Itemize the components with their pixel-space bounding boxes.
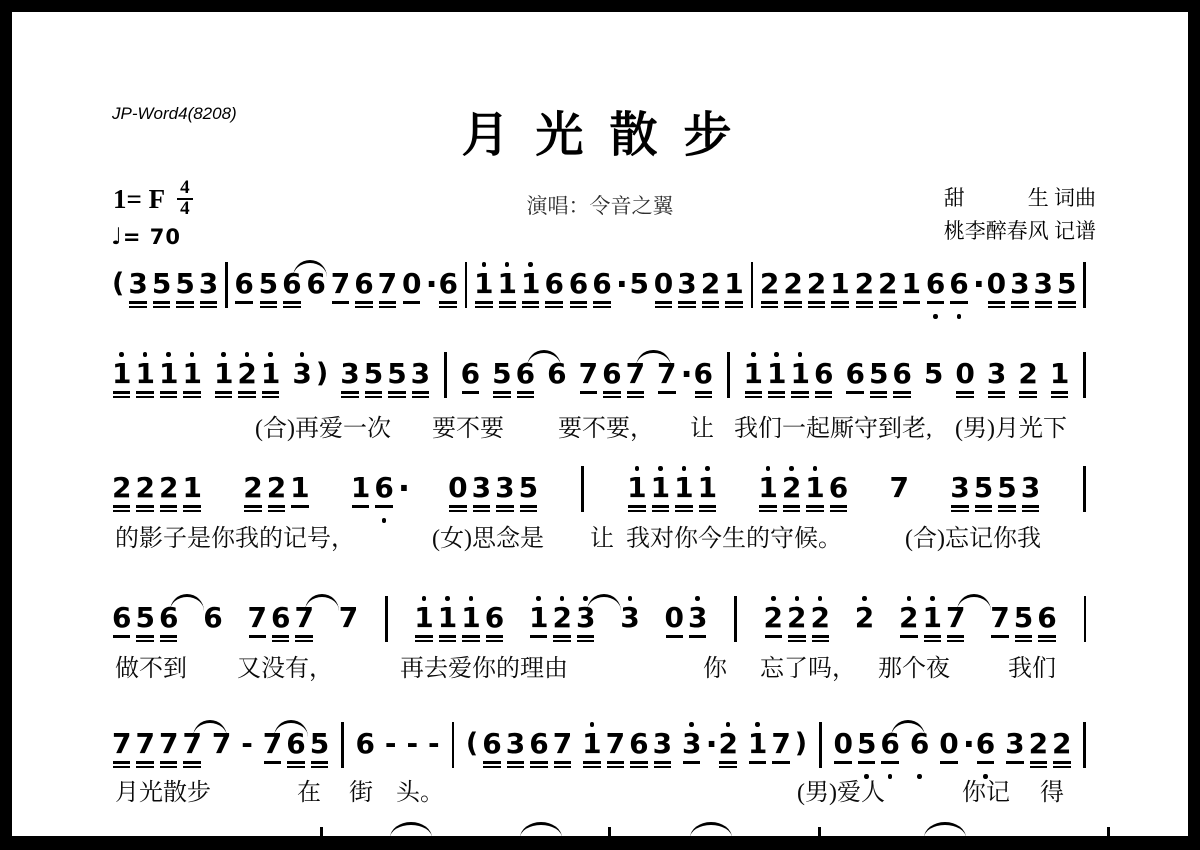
note-number: 0 [955,359,974,389]
duration-underlines [411,389,430,402]
note: 3 [985,350,1008,411]
note: 5 [922,350,945,411]
lyric-segment: 我们一起厮守到老, [734,408,932,443]
note-number: 6 [438,269,457,299]
duration-underlines [657,389,676,402]
note-number: 0 [402,269,421,299]
duration-underlines [203,633,222,646]
note-number: 5 [1014,603,1033,633]
note-number: 6 [694,359,713,389]
cutoff-tie-arc [924,822,966,838]
music-system-3: 222122116·03351111121673553的影子是你我的记号，(女)… [110,464,1090,525]
duration-underlines [787,633,806,646]
beat-group: 2 [853,594,876,655]
lyric-segment: 那个夜 [878,648,950,683]
note-number: 7 [771,729,790,759]
beat-group [1079,720,1090,768]
note: 6 [947,260,970,321]
duration-underlines [214,389,233,402]
cutoff-barline [608,827,611,836]
note-number: 1 [767,359,786,389]
duration-underlines [112,759,131,772]
duration-underlines [234,299,253,312]
note-number: 7 [135,729,154,759]
note: 6 [924,260,947,321]
cutoff-barline [320,827,323,836]
barline [448,720,459,768]
duration-underlines [946,633,965,646]
song-title: 月 光 散 步 [12,96,1188,165]
barline [1079,464,1090,512]
duration-underlines [976,759,995,772]
beat-group: 1111 [625,464,719,525]
note-number: 1 [790,359,809,389]
beat-group: 1111 [110,350,204,411]
note: 7 [655,350,678,411]
note-number: ) [316,359,328,389]
note: 6 [1035,594,1058,655]
tempo-value: = 70 [123,225,181,249]
duration-underlines [182,503,201,516]
note-number: 3 [495,473,514,503]
duration-underlines [282,299,301,312]
note-number: 1 [674,473,693,503]
note-number: 1 [830,269,849,299]
note: 2 [758,260,781,321]
beat-group [440,350,451,398]
note-number: 0 [987,269,1006,299]
augmentation-dot: · [971,260,984,321]
duration-underlines [267,503,286,516]
note-number: 6 [286,729,305,759]
lyric-segment: (男)爱人 [797,772,885,807]
note-number: 2 [1018,359,1037,389]
note-number: 3 [128,269,147,299]
note: 2 [785,594,808,655]
lyric-segment: 让 [590,518,614,553]
note: 7 [988,594,1011,655]
note-number: 2 [764,603,783,633]
note: 5 [385,350,408,411]
note-number: 3 [677,269,696,299]
duration-underlines [790,389,809,402]
note-number: 6 [529,729,548,759]
duration-underlines [466,759,478,772]
note: 5 [995,464,1018,525]
duration-underlines [1014,633,1033,646]
beat-group: 1216 [756,464,850,525]
barline [723,350,734,398]
duration-underlines [833,759,852,772]
note: 6 [514,350,537,411]
beat-group: 0 [953,350,976,411]
duration-underlines [830,299,849,312]
duration-underlines [760,299,779,312]
note-number: 3 [506,729,525,759]
note: 6 [157,594,180,655]
barline [1080,594,1091,642]
note-number: 6 [306,269,325,299]
note: 6 [436,260,459,321]
note-number: 7 [553,729,572,759]
note-number: 1 [290,473,309,503]
duration-underlines [629,759,648,772]
duration-underlines [705,759,714,772]
note: 6 [269,594,292,655]
note-number: 6 [829,473,848,503]
note: 1 [157,350,180,411]
note-number: 6 [485,603,504,633]
note: 1 [436,594,459,655]
octave-dot-below [933,314,938,319]
duration-underlines [552,633,571,646]
note-number: 1 [521,269,540,299]
note-number: 6 [892,359,911,389]
duration-underlines [1005,759,1024,772]
beat-group: 6 [201,594,224,655]
note: 1 [900,260,923,321]
duration-underlines [811,633,830,646]
note: 1 [742,350,765,411]
note-number: 2 [552,603,571,633]
note-number: 1 [748,729,767,759]
note-number: 6 [629,729,648,759]
note-number: 5 [630,269,649,299]
note: 6 [542,260,565,321]
duration-underlines [286,759,305,772]
note: 6 [545,350,568,411]
note: 5 [133,594,156,655]
duration-underlines [310,759,329,772]
note: 1 [803,464,826,525]
beat-group: 03 [663,594,710,655]
note: 2 [265,464,288,525]
duration-underlines [1052,759,1071,772]
duration-underlines [461,633,480,646]
beat-group: 6 [232,260,255,321]
note: 3 [409,350,432,411]
cutoff-barline [818,827,821,836]
duration-underlines [569,299,588,312]
beat-group: 3553 [338,350,432,411]
beat-group: 2221 [758,260,852,321]
note: 3 [470,464,493,525]
note: 6 [567,260,590,321]
lyric-segment: 的影子是你我的记号， [115,518,355,553]
note: 7 [292,594,315,655]
duration-underlines [924,389,943,402]
cutoff-barline [1107,827,1110,836]
duration-underlines [159,633,178,646]
note: 0 [985,260,1008,321]
note-number: 5 [974,473,993,503]
tempo-marking: ♩= 70 [111,224,181,250]
duration-underlines [128,299,147,312]
beat-group: 217 [897,594,967,655]
note-number: ( [466,729,478,759]
note-number: 6 [1037,603,1056,633]
duration-underlines [516,389,535,402]
note-number: 5 [310,729,329,759]
note: 1 [788,350,811,411]
note-number: · [963,729,972,759]
duration-underlines [665,633,684,646]
note-number: 0 [833,729,852,759]
duration-underlines [339,633,358,646]
duration-underlines [1010,299,1029,312]
lyric-segment: 你 [703,648,727,683]
duration-underlines [519,503,538,516]
duration-underlines [602,389,621,402]
note-number: 3 [411,359,430,389]
note: 7 [337,594,360,655]
note: 6 [110,594,133,655]
beat-group: 656 [110,594,180,655]
note: 3 [126,260,149,321]
parenthesis: ) [314,350,330,411]
duration-underlines [997,503,1016,516]
note-number: 1 [474,269,493,299]
beat-group: 3) [290,350,330,411]
duration-underlines [744,389,763,402]
duration-underlines [1021,503,1040,516]
note: 5 [150,260,173,321]
beat-group: 6 [545,350,568,411]
note-number: 6 [845,359,864,389]
duration-underlines [1037,633,1056,646]
beat-group: 7 [337,594,360,655]
note: 1 [412,594,435,655]
duration-underlines [263,759,282,772]
beat-group: 3553 [948,464,1042,525]
note-number: 6 [112,603,131,633]
barline [1079,350,1090,398]
note: 1 [756,464,779,525]
music-system-5: 77777-7656---(636717633·217)05660·6322月光… [110,720,1090,781]
note-number: 7 [248,603,267,633]
note-number: - [428,729,440,759]
beat-group: 767 [246,594,316,655]
tie-arc [170,594,204,611]
note: 1 [722,260,745,321]
note-number: 3 [292,359,311,389]
note: 5 [362,350,385,411]
duration-underlines [402,299,421,312]
duration-underlines [674,503,693,516]
note-number: 7 [378,269,397,299]
note-number: 7 [657,359,676,389]
note: 1 [625,464,648,525]
note: 1 [259,350,282,411]
note: 7 [376,260,399,321]
note-number: 5 [152,269,171,299]
note-number: 1 [582,729,601,759]
note-number: 1 [758,473,777,503]
note-number: 1 [135,359,154,389]
note: 1 [180,350,203,411]
duration-underlines [767,389,786,402]
note-number: 3 [987,359,1006,389]
note-number: 2 [237,359,256,389]
duration-underlines [292,389,311,402]
note-number: 5 [492,359,511,389]
note: 3 [618,594,641,655]
duration-underlines [701,299,720,312]
note-number: 1 [627,473,646,503]
note-number: 1 [498,269,517,299]
duration-underlines [627,503,646,516]
lyric-segment: 要不要， [558,408,654,443]
note: 2 [897,594,920,655]
note: 1 [110,350,133,411]
barline [1079,260,1090,308]
duration-underlines [987,389,1006,402]
note: 6 [692,350,715,411]
cutoff-tie-arc [390,822,432,838]
note-number: 0 [654,269,673,299]
note-number: 5 [175,269,194,299]
duration-underlines [461,389,480,402]
duration-underlines [718,759,737,772]
note-number: 3 [472,473,491,503]
note-number: 5 [519,473,538,503]
beat-group [1079,350,1090,398]
note-number: 3 [1034,269,1053,299]
note-number: 6 [354,269,373,299]
note-number: 6 [461,359,480,389]
duration-underlines [1034,299,1053,312]
duration-underlines [387,389,406,402]
note-number: 6 [976,729,995,759]
music-system-2: 11111213)355365667677·6111665650321(合)再爱… [110,350,1090,411]
note-number: 5 [1057,269,1076,299]
note: 6 [590,260,613,321]
duration-underlines [923,633,942,646]
note: 3 [1032,260,1055,321]
duration-underlines [724,299,743,312]
duration-underlines [175,299,194,312]
beat-group [577,464,588,512]
duration-underlines [764,633,783,646]
beat-group: 56 [490,350,537,411]
barline [730,594,741,642]
duration-underlines [271,633,290,646]
beat-group: 2 [1016,350,1039,411]
duration-underlines [606,759,625,772]
duration-underlines [306,299,325,312]
lyric-segment: 月光散步 [115,772,211,807]
duration-underlines [182,759,201,772]
duration-underlines [385,759,397,772]
note: 0 [953,350,976,411]
augmentation-dot: · [396,464,409,525]
note: 6 [459,350,482,411]
note: 5 [972,464,995,525]
note-number: 1 [724,269,743,299]
note-number: 7 [579,359,598,389]
lyric-segment: 我们 [1008,648,1056,683]
note-number: 5 [857,729,876,759]
lyric-segment: (女)思念是 [432,518,544,553]
note-number: 1 [744,359,763,389]
note: 6 [812,350,835,411]
beat-group: 1 [1048,350,1071,411]
beat-group: (3553 [110,260,220,321]
duration-underlines [878,299,897,312]
note: 6 [890,350,913,411]
barline [815,720,826,768]
lyric-segment: 街 [349,772,373,807]
duration-underlines [698,503,717,516]
note: 3 [290,350,313,411]
note-number: 1 [214,359,233,389]
note: 6 [483,594,506,655]
lyric-segment: 你记 [962,772,1010,807]
duration-underlines [112,633,131,646]
note: 2 [876,260,899,321]
beat-group: 66· [924,260,984,321]
beat-group: 5 [922,350,945,411]
duration-underlines [547,389,566,402]
duration-underlines [855,633,874,646]
beat-group: 121 [212,350,282,411]
duration-underlines [448,503,467,516]
augmentation-dot: · [423,260,436,321]
note: 6 [201,594,224,655]
duration-underlines [1018,389,1037,402]
note: 1 [828,260,851,321]
note-number: 0 [665,603,684,633]
beat-group [1079,464,1090,512]
note: 1 [472,260,495,321]
beat-group: 66· [567,260,627,321]
duration-underlines [492,389,511,402]
note-number: 6 [374,473,393,503]
duration-underlines [950,503,969,516]
note-number: 2 [811,603,830,633]
parenthesis: ( [110,260,126,321]
note: 7 [329,260,352,321]
note: 2 [809,594,832,655]
lyric-segment: (合)忘记你我 [905,518,1041,553]
note: 6 [304,260,327,321]
note: 1 [459,594,482,655]
duration-underlines [814,389,833,402]
note-number: 1 [923,603,942,633]
note: 2 [805,260,828,321]
note-number: 7 [212,729,231,759]
duration-underlines [135,759,154,772]
note: 2 [780,464,803,525]
note-number: 2 [267,473,286,503]
duration-underlines [987,299,1006,312]
note-number: 0 [939,729,958,759]
beat-group: 16· [349,464,409,525]
duration-underlines [495,503,514,516]
duration-underlines [428,759,440,772]
note-number: 3 [688,603,707,633]
beat-group: 7 [888,464,911,525]
beat-group [381,594,392,642]
duration-underlines [890,503,909,516]
duration-underlines [807,299,826,312]
octave-dot-below [957,314,962,319]
note: 6 [600,350,623,411]
note: 2 [133,464,156,525]
note: 6 [843,350,866,411]
note: 1 [180,464,203,525]
note: 5 [867,350,890,411]
